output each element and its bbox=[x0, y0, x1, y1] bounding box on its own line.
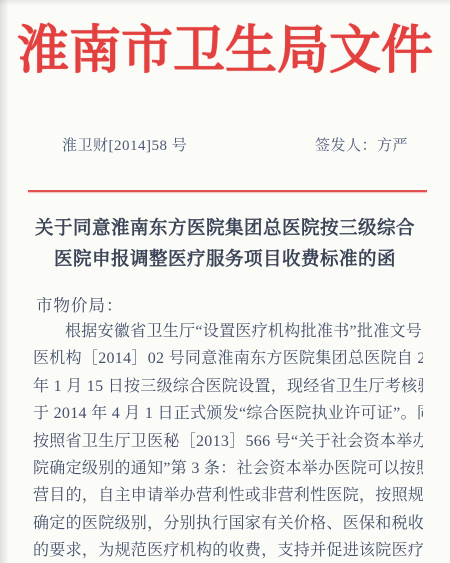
red-divider-line bbox=[28, 190, 427, 192]
body-line: 医机构［2014］02 号同意淮南东方医院集团总医院自 2014 bbox=[33, 345, 423, 372]
body-line: 确定的医院级别，分别执行国家有关价格、医保和税收政策 bbox=[33, 510, 423, 537]
salutation: 市物价局： bbox=[36, 292, 124, 316]
body-line: 按照省卫生厅卫医秘［2013］566 号“关于社会资本举办医 bbox=[33, 428, 423, 455]
scan-top-artifact bbox=[0, 0, 450, 6]
body-line: 院确定级别的通知”第 3 条：社会资本举办医院可以按照经 bbox=[33, 455, 423, 482]
document-meta-row: 淮卫财[2014]58 号 签发人：方严 bbox=[0, 134, 450, 155]
document-title-line-1: 关于同意淮南东方医院集团总医院按三级综合 bbox=[0, 214, 450, 245]
body-paragraph: 根据安徽省卫生厅“设置医疗机构批准书”批准文号皖 医机构［2014］02 号同意… bbox=[33, 318, 423, 563]
document-title: 关于同意淮南东方医院集团总医院按三级综合 医院申报调整医疗服务项目收费标准的函 bbox=[0, 214, 450, 276]
body-line: 营目的，自主申请举办营利性或非营利性医院，按照规定和 bbox=[33, 482, 423, 509]
body-line: 根据安徽省卫生厅“设置医疗机构批准书”批准文号皖 bbox=[33, 318, 423, 345]
agency-header-title: 淮南市卫生局文件 bbox=[0, 16, 450, 88]
issuer-label: 签发人：方严 bbox=[315, 134, 408, 155]
body-line: 于 2014 年 4 月 1 日正式颁发“综合医院执业许可证”。同时， bbox=[33, 400, 423, 427]
scanned-document-page: 淮南市卫生局文件 淮卫财[2014]58 号 签发人：方严 关于同意淮南东方医院… bbox=[0, 0, 450, 563]
document-number: 淮卫财[2014]58 号 bbox=[62, 134, 187, 155]
body-line: 的要求，为规范医疗机构的收费，支持并促进该院医疗卫生 bbox=[33, 537, 423, 563]
body-line: 年 1 月 15 日按三级综合医院设置，现经省卫生厅考核验收， bbox=[33, 373, 423, 400]
document-title-line-2: 医院申报调整医疗服务项目收费标准的函 bbox=[0, 245, 450, 276]
